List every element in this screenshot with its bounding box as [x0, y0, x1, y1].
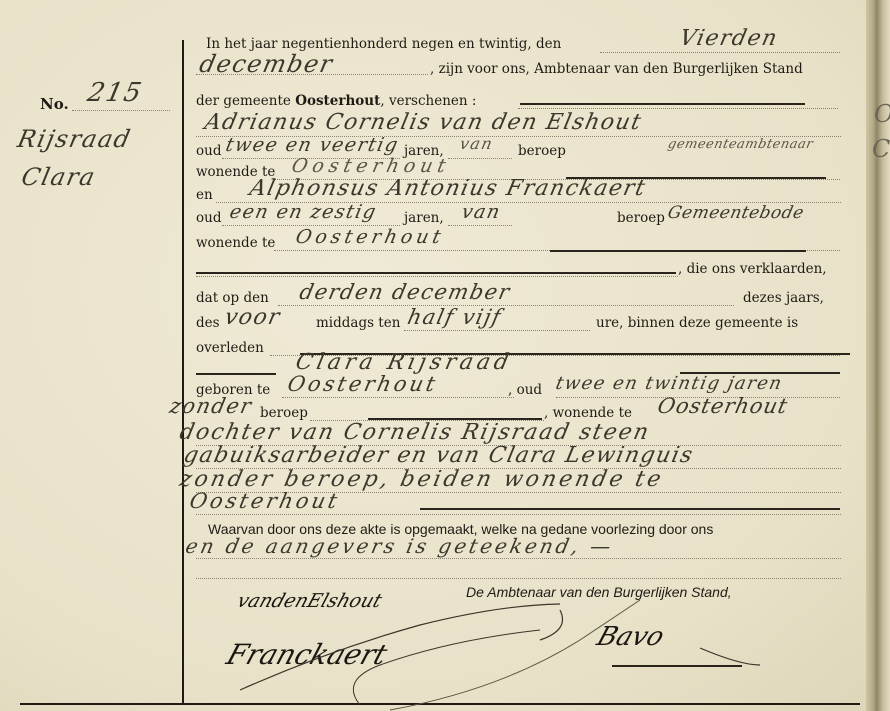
certificate-page: No. 215 Rijsraad Clara O C In het jaar n… [0, 0, 890, 711]
signature-flourishes [0, 0, 890, 711]
